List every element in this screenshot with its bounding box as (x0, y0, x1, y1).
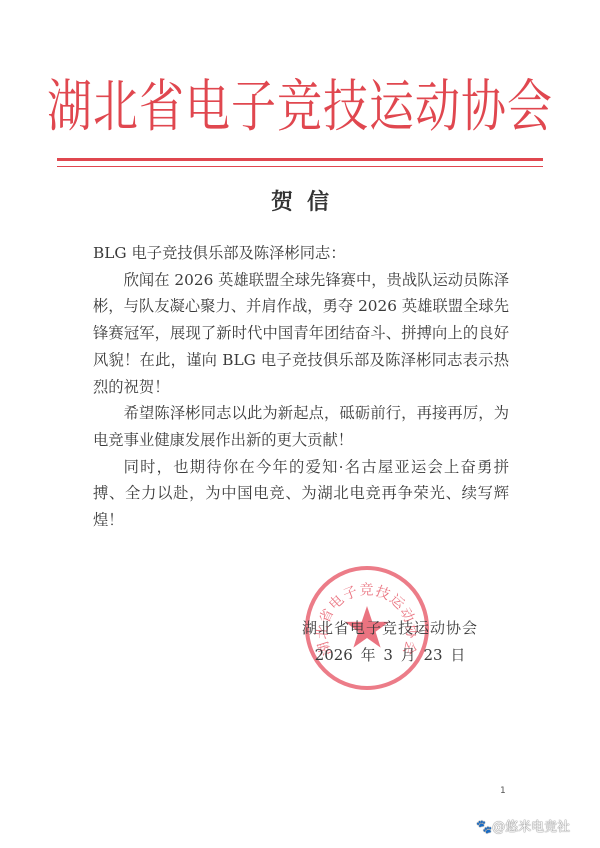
letterhead-rule-thick (57, 158, 543, 161)
signature-date: 2026 年 3 月 23 日 (300, 644, 480, 665)
letter-salutation: BLG 电子竞技俱乐部及陈泽彬同志： (93, 240, 509, 267)
letterhead-rule-thin (57, 166, 543, 167)
letter-title: 贺信 (0, 185, 600, 216)
watermark: 🐾@悠米电竞社 (476, 816, 570, 835)
letter-paragraph: 希望陈泽彬同志以此为新起点，砥砺前行，再接再厉，为电竞事业健康发展作出新的更大贡… (93, 400, 509, 453)
letter-paragraph: 同时，也期待你在今年的爱知·名古屋亚运会上奋勇拼搏、全力以赴，为中国电竞、为湖北… (93, 454, 509, 534)
letter-paragraph: 欣闻在 2026 英雄联盟全球先锋赛中，贵战队运动员陈泽彬，与队友凝心聚力、并肩… (93, 267, 509, 401)
letterhead-organization: 湖北省电子竞技运动协会 (0, 78, 600, 134)
page-number: 1 (500, 786, 506, 796)
letter-body: BLG 电子竞技俱乐部及陈泽彬同志： 欣闻在 2026 英雄联盟全球先锋赛中，贵… (93, 240, 509, 534)
signature-organization: 湖北省电子竞技运动协会 (280, 617, 500, 638)
